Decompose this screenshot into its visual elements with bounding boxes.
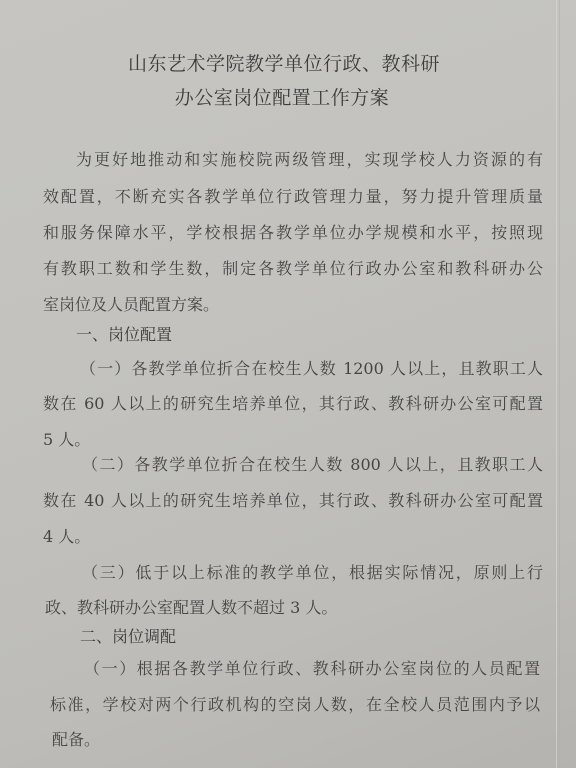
section-2-item-1-line-3: 配备。 <box>52 730 552 750</box>
intro-line-4: 有教职工数和学生数，制定各教学单位行政办公室和教科研办公 <box>43 259 543 279</box>
section-heading-1: 一、岗位配置 <box>76 322 172 345</box>
section-1-item-3-line-1: （三）低于以上标准的教学单位，根据实际情况，原则上行 <box>82 563 543 583</box>
section-1-item-1-line-2: 数在 60 人以上的研究生培养单位，其行政、教科研办公室可配置 <box>43 394 543 414</box>
section-1-item-2-line-3: 4 人。 <box>43 527 543 547</box>
document-title-line-2: 办公室岗位配置工作方案 <box>0 83 570 110</box>
paper-fold-line <box>556 0 557 768</box>
intro-line-1: 为更好地推动和实施校院两级管理，实现学校人力资源的有 <box>76 150 543 170</box>
section-1-item-2-line-1: （二）各教学单位折合在校生人数 800 人以上，且教职工人 <box>82 455 543 475</box>
intro-line-5: 室岗位及人员配置方案。 <box>43 295 543 315</box>
section-1-item-1-line-3: 5 人。 <box>43 430 543 450</box>
section-2-item-1-line-1: （一）根据各教学单位行政、教科研办公室岗位的人员配置 <box>84 659 540 679</box>
paper-fold-shadow <box>559 0 560 768</box>
section-1-item-2-line-2: 数在 40 人以上的研究生培养单位，其行政、教科研办公室可配置 <box>43 491 543 511</box>
document-title-line-1: 山东艺术学院教学单位行政、教科研 <box>0 49 572 76</box>
section-2-item-1-line-2: 标准，学校对两个行政机构的空岗人数，在全校人员范围内予以 <box>50 695 540 715</box>
section-heading-2: 二、岗位调配 <box>80 624 176 647</box>
intro-line-2: 效配置，不断充实各教学单位行政管理力量，努力提升管理质量 <box>43 187 543 207</box>
intro-line-3: 和服务保障水平，学校根据各教学单位办学规模和水平，按照现 <box>43 223 543 243</box>
section-1-item-3-line-2: 政、教科研办公室配置人数不超过 3 人。 <box>45 598 545 618</box>
section-1-item-1-line-1: （一）各教学单位折合在校生人数 1200 人以上，且教职工人 <box>80 359 543 379</box>
document-page: 山东艺术学院教学单位行政、教科研 办公室岗位配置工作方案 为更好地推动和实施校院… <box>0 0 576 768</box>
